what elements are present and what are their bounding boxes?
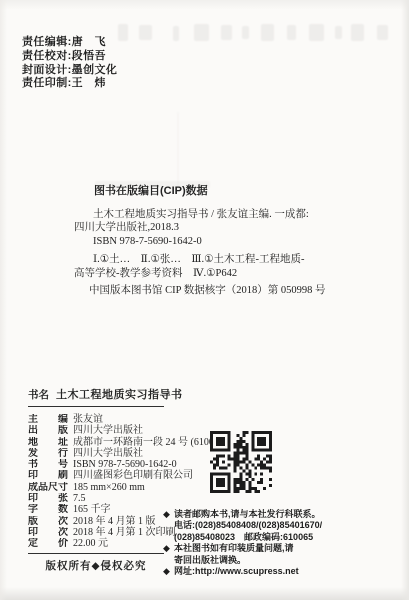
credit-name: 墨创文化 <box>72 64 118 76</box>
row-value: 张友谊 <box>73 414 103 425</box>
row-value: 四川大学出版社 <box>73 425 143 436</box>
cip-heading: 图书在版编目(CIP)数据 <box>94 185 364 199</box>
row-value: 2018 年 4 月第 1 次印刷 <box>73 527 176 538</box>
row-value: 2018 年 4 月第 1 版 <box>73 516 156 527</box>
bleed-through-artifact <box>173 26 179 41</box>
bleed-through-artifact <box>177 112 179 188</box>
table-row: 出 版四川大学出版社 <box>28 425 388 436</box>
credit-name: 唐 飞 <box>72 36 106 48</box>
table-row: 书 号ISBN 978-7-5690-1642-0 <box>28 459 388 470</box>
bleed-through-artifact <box>118 24 128 41</box>
notice-text: 网址:http://www.scupress.net <box>174 566 299 576</box>
book-title: 土木工程地质实习指导书 <box>56 386 183 402</box>
bleed-through-artifact <box>287 25 296 40</box>
qr-code-svg <box>210 431 272 493</box>
bleed-through-artifact <box>309 24 324 41</box>
notice-line: 寄回出版社调换。 <box>163 555 385 566</box>
row-value: 成都市一环路南一段 24 号 (610065) <box>73 437 227 448</box>
row-label: 地 址 <box>28 437 68 448</box>
notice-line: ◆本社图书如有印装质量问题,请 <box>163 543 385 554</box>
notice-line: (028)85408023 邮政编码:610065 <box>163 532 385 543</box>
notice-line: ◆读者邮购本书,请与本社发行科联系。 <box>163 509 385 520</box>
credit-label: 封面设计: <box>22 64 72 76</box>
credit-line-proofreader: 责任校对:段悟吾 <box>22 50 117 64</box>
credit-label: 责任编辑: <box>22 36 72 48</box>
credit-name: 王 炜 <box>72 77 106 89</box>
divider-rule <box>28 406 164 407</box>
page-edge-shadow <box>0 587 409 600</box>
row-label: 印 张 <box>28 493 68 504</box>
bleed-through-artifact <box>377 25 388 40</box>
credit-line-editor: 责任编辑:唐 飞 <box>22 36 117 50</box>
qr-code <box>210 431 272 493</box>
bleed-through-artifact <box>351 24 364 41</box>
page-edge-shadow <box>0 0 409 10</box>
notice-text: (028)85408023 邮政编码:610065 <box>174 532 313 542</box>
row-label: 主 编 <box>28 414 68 425</box>
credit-name: 段悟吾 <box>72 50 106 62</box>
row-label: 出 版 <box>28 425 68 436</box>
notice-text: 本社图书如有印装质量问题,请 <box>174 543 294 553</box>
page-edge-shadow <box>401 0 409 600</box>
cip-classification-line-1: Ⅰ.①土… Ⅱ.①张… Ⅲ.①土木工程-工程地质- <box>74 253 364 267</box>
diamond-bullet-icon: ◆ <box>163 543 170 554</box>
row-label: 版 次 <box>28 516 68 527</box>
cip-isbn-line: ISBN 978-7-5690-1642-0 <box>74 235 364 249</box>
row-label: 印 次 <box>28 527 68 538</box>
copyright-page: 责任编辑:唐 飞 责任校对:段悟吾 封面设计:墨创文化 责任印制:王 炜 图书在… <box>0 0 409 600</box>
diamond-bullet-icon: ◆ <box>163 566 170 577</box>
bleed-through-artifact <box>139 25 152 40</box>
table-row: 成品尺寸185 mm×260 mm <box>28 482 388 493</box>
row-label: 定 价 <box>28 538 68 549</box>
row-value: 7.5 <box>73 493 86 504</box>
row-label: 发 行 <box>28 448 68 459</box>
copyright-notice: 版权所有◆侵权必究 <box>28 558 164 573</box>
row-label: 书 号 <box>28 459 68 470</box>
notice-text: 读者邮购本书,请与本社发行科联系。 <box>174 509 321 519</box>
notice-line: ◆网址:http://www.scupress.net <box>163 566 385 577</box>
bleed-through-artifact <box>242 26 249 39</box>
row-label: 印 刷 <box>28 470 68 481</box>
notice-line: 电话:(028)85408408/(028)85401670/ <box>163 520 385 531</box>
cip-block: 图书在版编目(CIP)数据 土木工程地质实习指导书 / 张友谊主编. 一成都: … <box>74 185 364 298</box>
bleed-through-artifact <box>261 24 274 41</box>
row-value: ISBN 978-7-5690-1642-0 <box>73 459 177 470</box>
bleed-through-artifact <box>194 24 209 41</box>
row-value: 185 mm×260 mm <box>73 482 145 493</box>
bleed-through-artifact <box>335 26 342 39</box>
diamond-bullet-icon: ◆ <box>163 509 170 520</box>
row-label: 成品尺寸 <box>28 482 68 493</box>
notice-text: 电话:(028)85408408/(028)85401670/ <box>174 520 322 530</box>
row-value: 四川大学出版社 <box>73 448 143 459</box>
table-row: 印 张7.5 <box>28 493 388 504</box>
credits-block: 责任编辑:唐 飞 责任校对:段悟吾 封面设计:墨创文化 责任印制:王 炜 <box>22 36 117 91</box>
table-row: 地 址成都市一环路南一段 24 号 (610065) <box>28 437 388 448</box>
notice-text: 寄回出版社调换。 <box>174 555 246 565</box>
divider-rule <box>28 553 164 554</box>
row-value: 165 千字 <box>73 504 111 515</box>
row-label: 字 数 <box>28 504 68 515</box>
page-edge-shadow <box>0 0 7 600</box>
book-title-row: 书名 土木工程地质实习指导书 <box>28 386 388 402</box>
row-value: 22.00 元 <box>73 538 108 549</box>
credit-line-print-supervisor: 责任印制:王 炜 <box>22 77 117 91</box>
row-value: 四川盛图彩色印刷有限公司 <box>73 470 193 481</box>
book-title-label: 书名 <box>28 387 49 402</box>
notices-block: ◆读者邮购本书,请与本社发行科联系。 电话:(028)85408408/(028… <box>163 509 385 577</box>
table-row: 主 编张友谊 <box>28 414 388 425</box>
credit-label: 责任校对: <box>22 50 72 62</box>
table-row: 发 行四川大学出版社 <box>28 448 388 459</box>
cip-publisher-line: 四川大学出版社,2018.3 <box>74 221 364 235</box>
cip-classification-line-2: 高等学校-教学参考资料 Ⅳ.①P642 <box>74 267 364 281</box>
cip-title-line: 土木工程地质实习指导书 / 张友谊主编. 一成都: <box>74 208 364 222</box>
credit-line-cover-design: 封面设计:墨创文化 <box>22 64 117 78</box>
cip-record-line: 中国版本图书馆 CIP 数据核字（2018）第 050998 号 <box>89 284 364 298</box>
table-row: 印 刷四川盛图彩色印刷有限公司 <box>28 470 388 481</box>
bleed-through-artifact <box>221 25 232 40</box>
credit-label: 责任印制: <box>22 77 72 89</box>
